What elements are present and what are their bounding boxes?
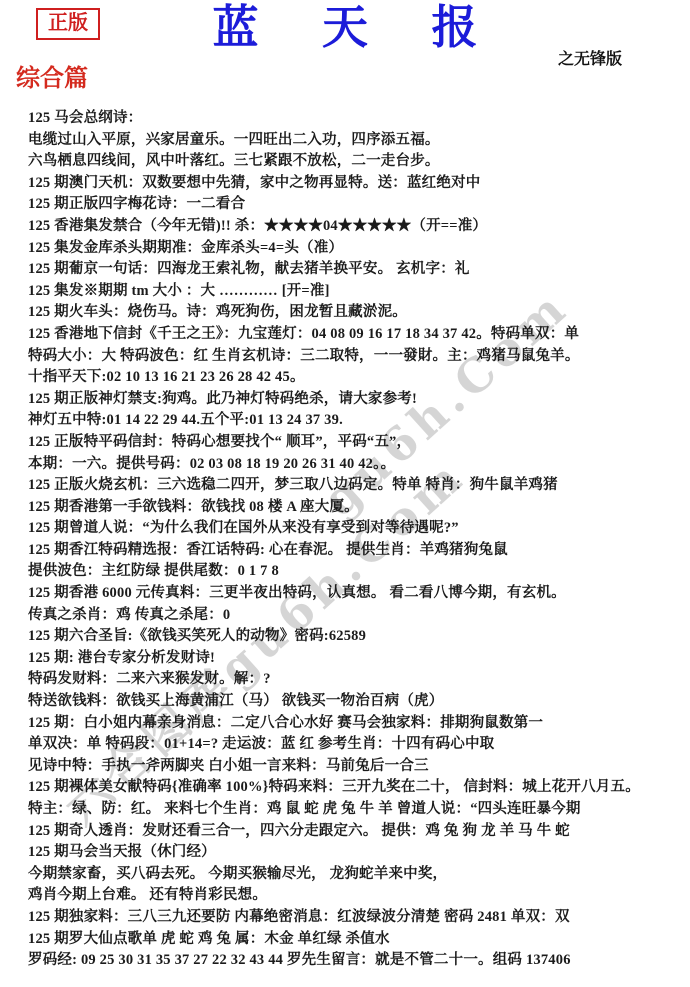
report-line: 125 期葡京一句话：四海龙王索礼物，献去猪羊换平安。 玄机字：礼 [28,259,684,281]
report-line: 125 期香港第一手欲钱料：欲钱找 08 楼 A 座大厦。 [28,497,684,519]
report-line: 见诗中特：手执一斧两脚夹 白小姐一言来料：马前兔后一合三 [28,756,684,778]
authentic-badge: 正版 [36,8,100,40]
report-line: 电缆过山入平原，兴家居童乐。一四旺出二入功，四序添五福。 [28,130,684,152]
report-line: 125 正版火烧玄机：三六选稳二四开，梦三取八边码定。特单 特肖：狗牛鼠羊鸡猪 [28,475,684,497]
report-line: 125 期澳门天机：双数要想中先猜，家中之物再显特。送：蓝红绝对中 [28,173,684,195]
report-line: 125 期马会当天报（休门经） [28,842,684,864]
report-line: 125 期曾道人说：“为什么我们在国外从来没有享受到对等待遇呢?” [28,518,684,540]
report-line: 125 期裸体美女献特码{准确率 100%}特码来料：三开九奖在二十， 信封料：… [28,777,684,799]
report-line: 125 期香港 6000 元传真料：三更半夜出特码，认真想。 看二看八博今期，有… [28,583,684,605]
report-line: 125 香港集发禁合（今年无错)!! 杀：★★★★04★★★★★（开==准） [28,216,684,238]
report-line: 特码大小：大 特码波色：红 生肖玄机诗：三二取特，一一發財。主：鸡猪马鼠兔羊。 [28,346,684,368]
report-line: 125 期独家料：三八三九还要防 内幕绝密消息：红波绿波分清楚 密码 2481 … [28,907,684,929]
report-line: 特码发财料：二来六来猴发财。解：? [28,669,684,691]
report-line: 六鸟栖息四线间，风中叶落红。三七紧跟不放松，二一走台步。 [28,151,684,173]
report-line: 传真之杀肖：鸡 传真之杀尾：0 [28,605,684,627]
edition-label: 之无锋版 [558,46,622,69]
report-line: 125 香港地下信封《千王之王》：九宝莲灯：04 08 09 16 17 18 … [28,324,684,346]
report-line: 特送欲钱料：欲钱买上海黄浦江（马） 欲钱买一物治百病（虎） [28,691,684,713]
report-line: 特主：绿、防：红。 来料七个生肖：鸡 鼠 蛇 虎 兔 牛 羊 曾道人说：“四头连… [28,799,684,821]
report-line: 125 期正版四字梅花诗：一二看合 [28,194,684,216]
report-line: 125 正版特平码信封：特码心想要找个“ 顺耳”，平码“五”， [28,432,684,454]
report-line: 125 期: 港台专家分析发财诗! [28,648,684,670]
section-title: 综合篇 [16,58,88,93]
report-line: 125 马会总纲诗： [28,108,684,130]
report-line: 鸡肖今期上台难。 还有特肖彩民想。 [28,885,684,907]
report-line: 125 期奇人透肖：发财还看三合一，四六分走跟定六。 提供：鸡 兔 狗 龙 羊 … [28,821,684,843]
report-line: 罗码经: 09 25 30 31 35 37 27 22 32 43 44 罗先… [28,950,684,972]
report-line: 提供波色：主红防绿 提供尾数：0 1 7 8 [28,561,684,583]
report-line: 125 期六合圣旨:《欲钱买笑死人的动物》密码:62589 [28,626,684,648]
report-line: 125 集发※期期 tm 大小 ：大 ………… [开=准] [28,281,684,303]
report-body: 125 马会总纲诗： 电缆过山入平原，兴家居童乐。一四旺出二入功，四序添五福。 … [28,108,684,972]
newspaper-page: 正版 蓝 天 报 之无锋版 综合篇 gu6h.Com 六合图库gu6h.Com … [0,0,690,987]
report-line: 十指平天下:02 10 13 16 21 23 26 28 42 45。 [28,367,684,389]
report-line: 125 期：白小姐内幕亲身消息：二定八合心水好 赛马会独家料：排期狗鼠数第一 [28,713,684,735]
report-line: 125 集发金库杀头期期准：金库杀头=4=头（准） [28,238,684,260]
report-line: 125 期正版神灯禁支:狗鸡。此乃神灯特码绝杀，请大家参考! [28,389,684,411]
report-line: 125 期火车头：烧伤马。诗：鸡死狗伤，困龙暂且藏淤泥。 [28,302,684,324]
report-line: 神灯五中特:01 14 22 29 44.五个平:01 13 24 37 39. [28,410,684,432]
report-line: 125 期香江特码精选报：香江话特码: 心在春泥。 提供生肖：羊鸡猪狗兔鼠 [28,540,684,562]
report-line: 今期禁家畜，买八码去死。 今期买猴输尽光， 龙狗蛇羊来中奖， [28,864,684,886]
report-line: 本期：一六。提供号码：02 03 08 18 19 20 26 31 40 42… [28,454,684,476]
report-line: 单双决：单 特码段：01+14=? 走运波：蓝 红 参考生肖：十四有码心中取 [28,734,684,756]
report-line: 125 期罗大仙点歌单 虎 蛇 鸡 兔 属：木金 单红绿 杀值水 [28,929,684,951]
